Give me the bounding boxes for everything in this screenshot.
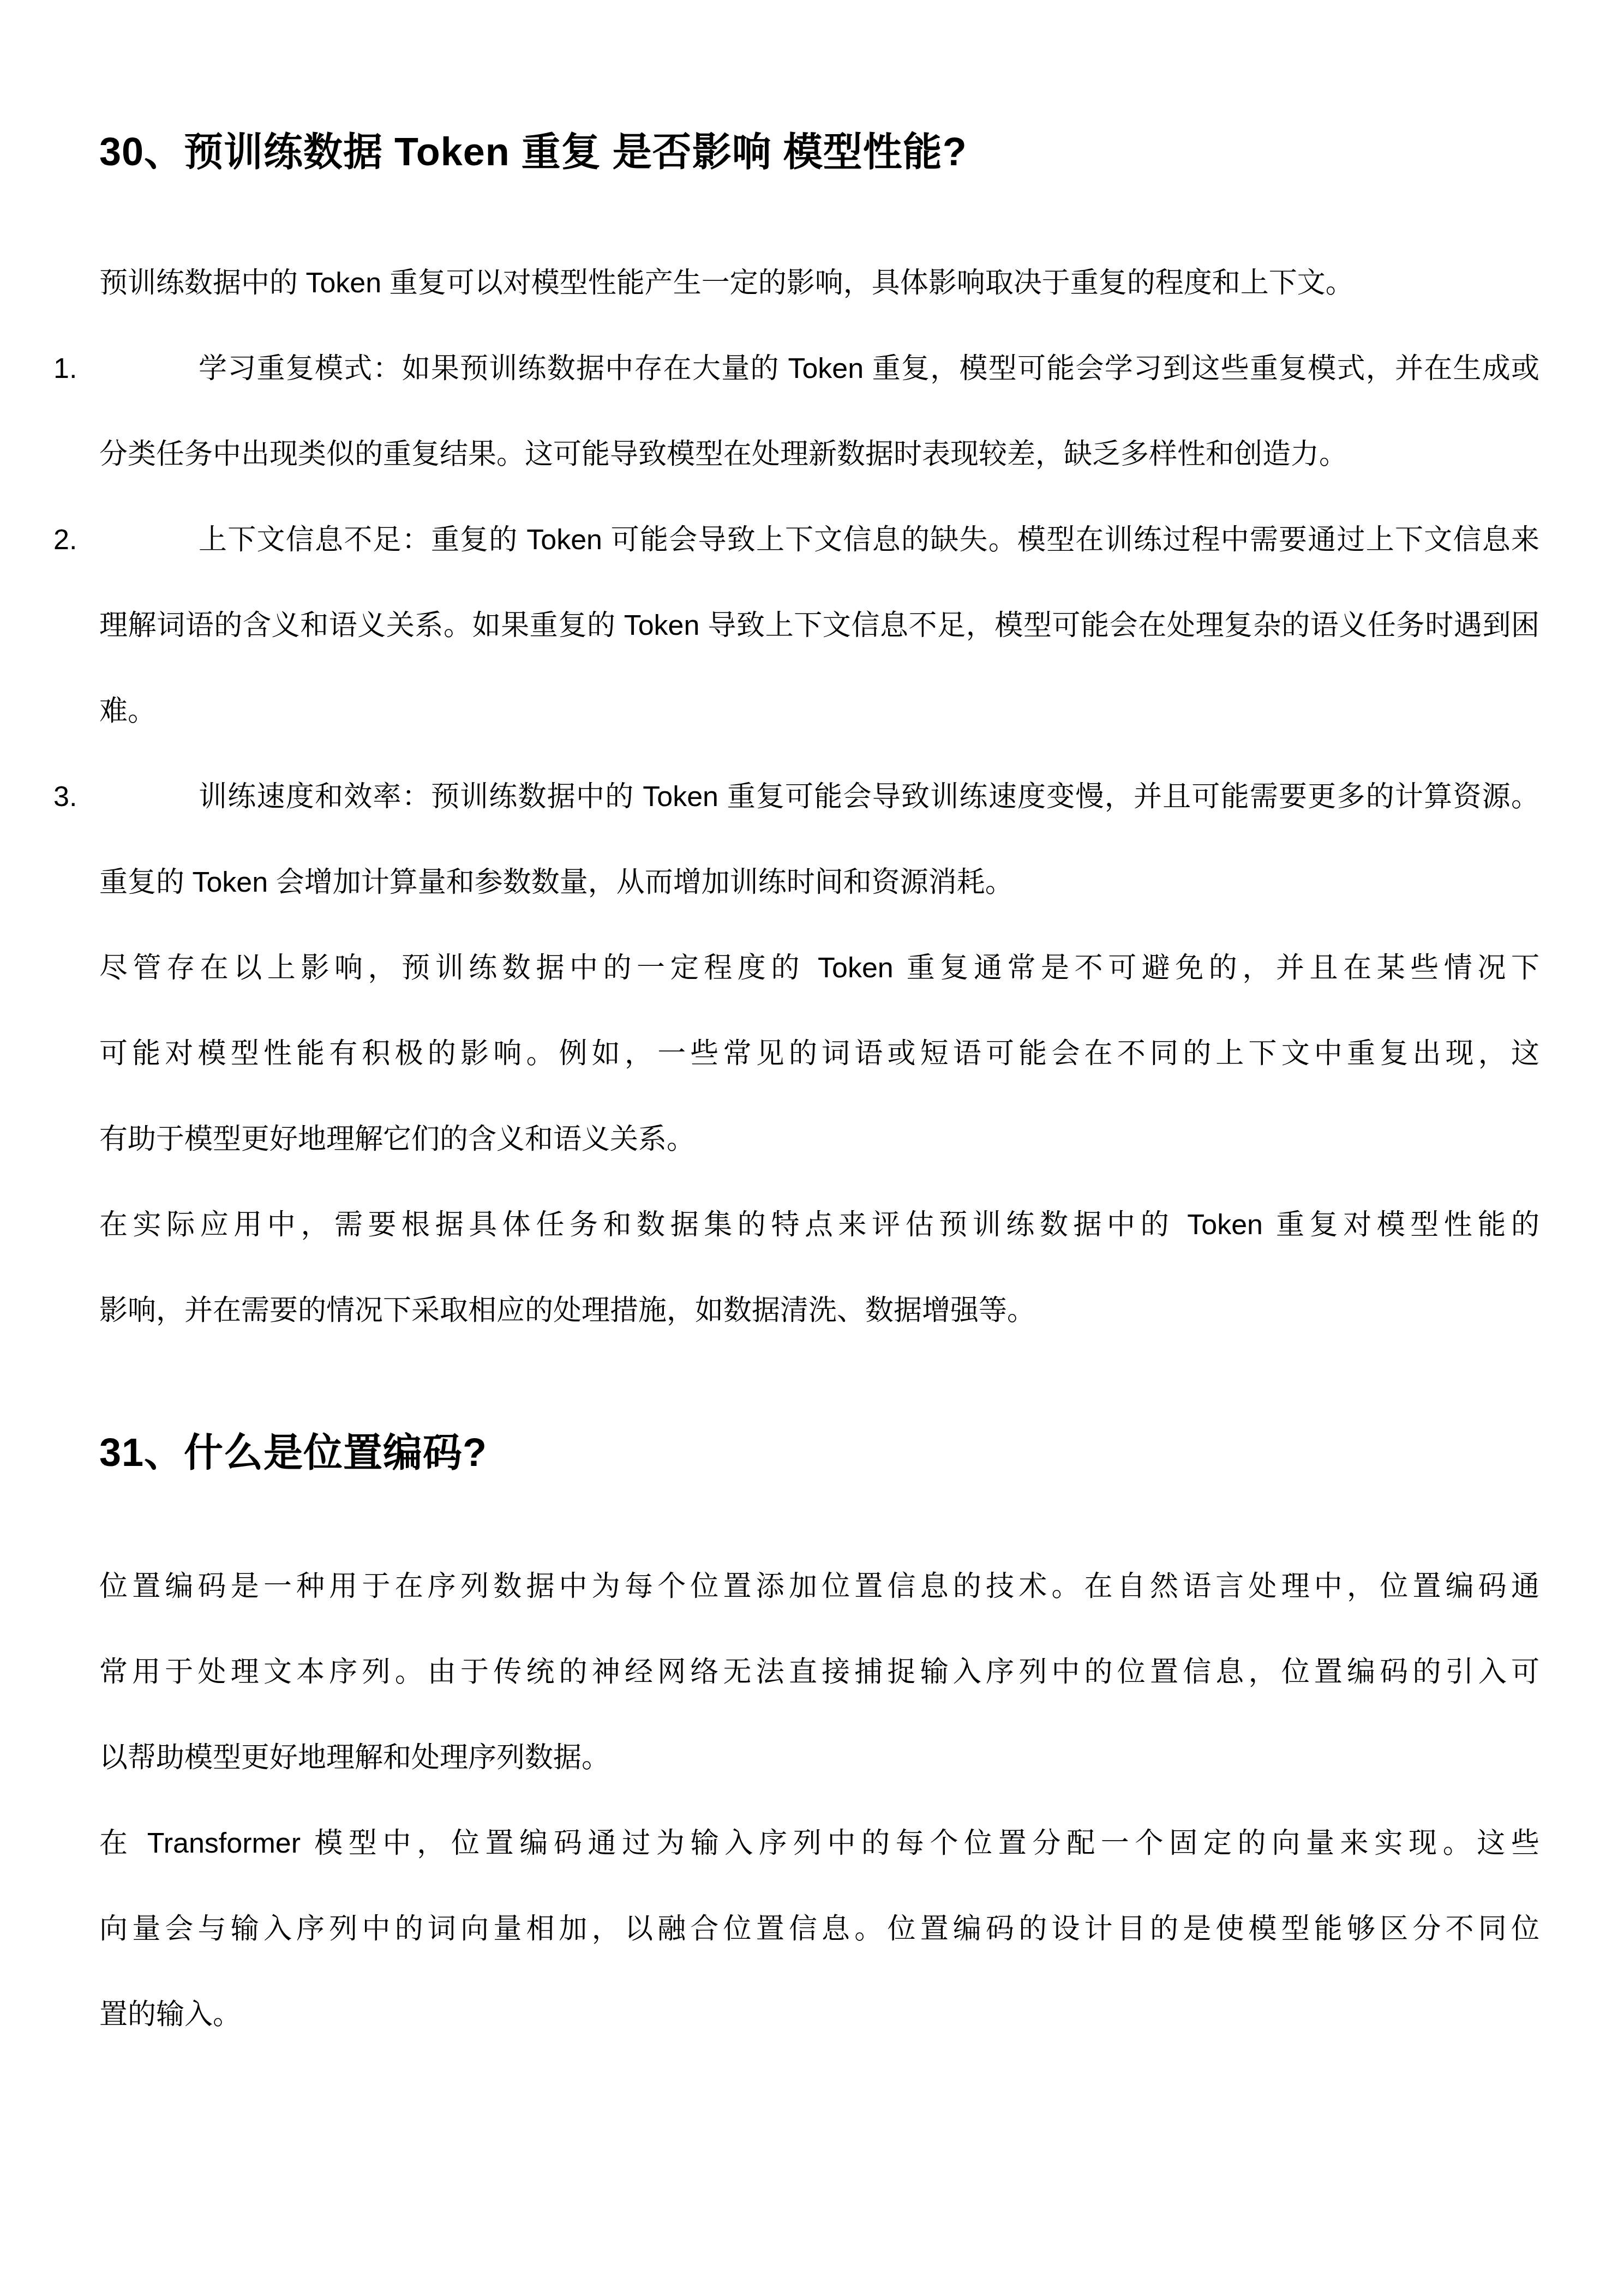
text-line: 分类任务中出现类似的重复结果。这可能导致模型在处理新数据时表现较差，缺乏多样性和… xyxy=(99,412,1539,497)
text-line: 尽管存在以上影响，预训练数据中的一定程度的 Token 重复通常是不可避免的，并… xyxy=(99,925,1539,1011)
document-content: 30、预训练数据 Token 重复 是否影响 模型性能? 预训练数据中的 Tok… xyxy=(0,0,1624,2058)
list-item-1-number: 1. xyxy=(53,326,77,412)
text-line: 可能对模型性能有积极的影响。例如，一些常见的词语或短语可能会在不同的上下文中重复… xyxy=(99,1011,1539,1097)
text-line: 常用于处理文本序列。由于传统的神经网络无法直接捕捉输入序列中的位置信息，位置编码… xyxy=(99,1630,1539,1715)
text-line: 理解词语的含义和语义关系。如果重复的 Token 导致上下文信息不足，模型可能会… xyxy=(99,583,1539,669)
positional-encoding-paragraph-2: 在 Transformer 模型中，位置编码通过为输入序列中的每个位置分配一个固… xyxy=(99,1801,1539,2058)
text-line: 有助于模型更好地理解它们的含义和语义关系。 xyxy=(99,1097,1539,1182)
text-line: 预训练数据中的 Token 重复可以对模型性能产生一定的影响，具体影响取决于重复… xyxy=(99,241,1539,326)
text-line: 在实际应用中，需要根据具体任务和数据集的特点来评估预训练数据中的 Token 重… xyxy=(99,1182,1539,1268)
list-item-2: 2. 上下文信息不足：重复的 Token 可能会导致上下文信息的缺失。模型在训练… xyxy=(99,497,1539,754)
text-line: 以帮助模型更好地理解和处理序列数据。 xyxy=(99,1715,1539,1801)
text-line: 置的输入。 xyxy=(99,1972,1539,2058)
text-line: 训练速度和效率：预训练数据中的 Token 重复可能会导致训练速度变慢，并且可能… xyxy=(99,754,1539,840)
text-line: 在 Transformer 模型中，位置编码通过为输入序列中的每个位置分配一个固… xyxy=(99,1801,1539,1886)
list-item-3-number: 3. xyxy=(53,754,77,840)
list-item-2-number: 2. xyxy=(53,497,77,583)
summary-paragraph-2: 在实际应用中，需要根据具体任务和数据集的特点来评估预训练数据中的 Token 重… xyxy=(99,1182,1539,1354)
summary-paragraph-1: 尽管存在以上影响，预训练数据中的一定程度的 Token 重复通常是不可避免的，并… xyxy=(99,925,1539,1182)
question-30-heading: 30、预训练数据 Token 重复 是否影响 模型性能? xyxy=(99,110,1539,195)
text-line: 位置编码是一种用于在序列数据中为每个位置添加位置信息的技术。在自然语言处理中，位… xyxy=(99,1544,1539,1630)
text-line: 上下文信息不足：重复的 Token 可能会导致上下文信息的缺失。模型在训练过程中… xyxy=(99,497,1539,583)
text-line: 向量会与输入序列中的词向量相加，以融合位置信息。位置编码的设计目的是使模型能够区… xyxy=(99,1886,1539,1972)
question-31-heading: 31、什么是位置编码? xyxy=(99,1410,1539,1496)
text-line: 难。 xyxy=(99,669,1539,754)
document-page: 30、预训练数据 Token 重复 是否影响 模型性能? 预训练数据中的 Tok… xyxy=(0,0,1624,2296)
intro-paragraph: 预训练数据中的 Token 重复可以对模型性能产生一定的影响，具体影响取决于重复… xyxy=(99,241,1539,326)
text-line: 影响，并在需要的情况下采取相应的处理措施，如数据清洗、数据增强等。 xyxy=(99,1268,1539,1354)
list-item-1: 1. 学习重复模式：如果预训练数据中存在大量的 Token 重复，模型可能会学习… xyxy=(99,326,1539,497)
text-line: 学习重复模式：如果预训练数据中存在大量的 Token 重复，模型可能会学习到这些… xyxy=(99,326,1539,412)
positional-encoding-paragraph-1: 位置编码是一种用于在序列数据中为每个位置添加位置信息的技术。在自然语言处理中，位… xyxy=(99,1544,1539,1801)
list-item-3: 3. 训练速度和效率：预训练数据中的 Token 重复可能会导致训练速度变慢，并… xyxy=(99,754,1539,925)
text-line: 重复的 Token 会增加计算量和参数数量，从而增加训练时间和资源消耗。 xyxy=(99,840,1539,925)
